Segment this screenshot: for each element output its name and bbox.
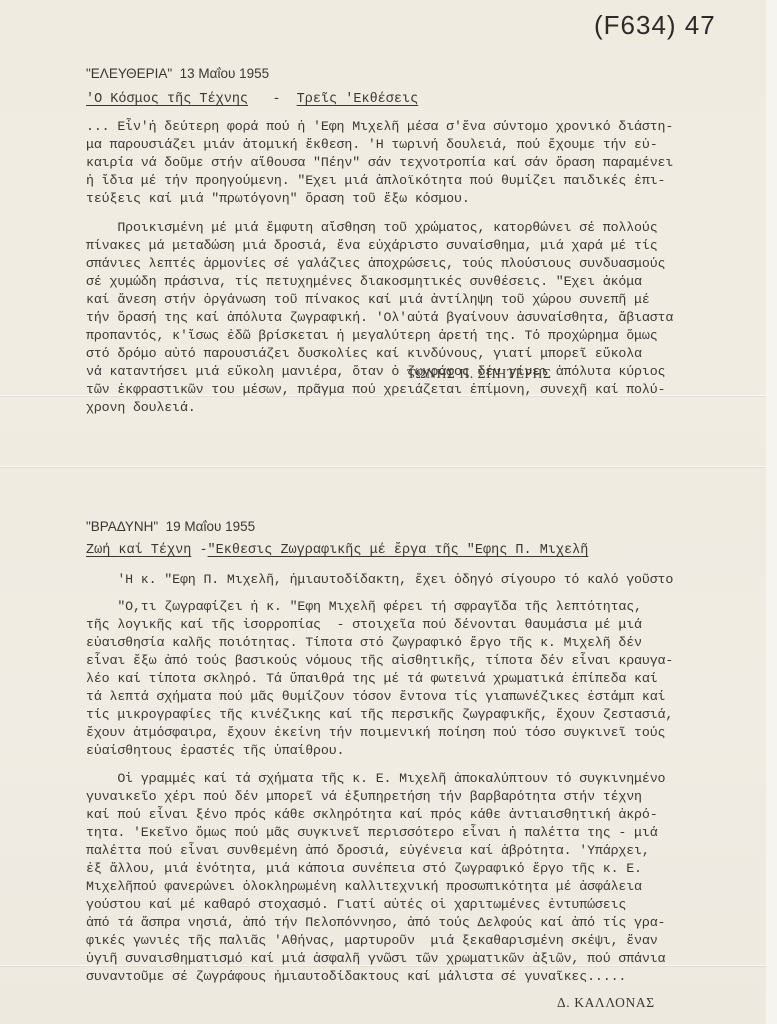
newspaper-name: "ΕΛΕΥΘΕΡΙΑ" <box>86 66 172 81</box>
body-line: νά καταντήσει μιά εὔκολη μανιέρα, ὅταν ὁ… <box>86 364 665 379</box>
scanned-document: (F634) 47 "ΕΛΕΥΘΕΡΙΑ" 13 Μαΐου 1955 'Ο Κ… <box>0 0 777 1024</box>
body-line: σπάνιες λεπτές ἁρμονίες σέ γαλάζιες ἀποχ… <box>86 256 665 271</box>
underlying-sheet-edge <box>766 0 777 1024</box>
body-line: γούστου καί μέ καθαρό στοχασμό. Γιατί αὐ… <box>86 897 626 912</box>
article-dateline: "ΕΛΕΥΘΕΡΙΑ" 13 Μαΐου 1955 <box>86 66 269 81</box>
body-line: ἀπό τά ἄσπρα νησιά, ἀπό τήν Πελοπόννησο,… <box>86 915 665 930</box>
body-line: εὐαίσθητους ἐραστές τῆς ὑπαίθρου. <box>86 743 344 758</box>
body-line: τητα. 'Εκεῖνο ὅμως πού μᾶς συγκινεῖ περι… <box>86 825 658 840</box>
article-signature: ΤΩΝΗΣ Π. ΣΠΗΤΕΡΗΣ <box>407 366 551 382</box>
body-line: φικές γωνιές τῆς παλιᾶς 'Αθήνας, μαρτυρο… <box>86 933 658 948</box>
body-line: συναντοῦμε σέ ζωγράφους ἡμιαυτοδίδακτους… <box>86 969 626 984</box>
body-line: ... Εἶν'ἡ δεύτερη φορά πού ἡ 'Εφη Μιχελῆ… <box>86 119 673 134</box>
body-line: εὐαισθησία καλῆς ποιότητας. Τίποτα στό ζ… <box>86 635 642 650</box>
body-line: καί ἄνεση στήν ὀργάνωση τοῦ πίνακος καί … <box>86 292 650 307</box>
body-line: ὑγιῆ συναισθηματισμό καί μιά ἀσφαλῆ γνῶσ… <box>86 951 665 966</box>
archive-reference-mark: (F634) 47 <box>594 10 716 41</box>
column-title: 'Ο Κόσμος τῆς Τέχνης <box>86 92 248 107</box>
body-line: εἶναι ἔξω ἀπό τούς βασικούς νόμους τῆς α… <box>86 653 673 668</box>
article-heading: Ζωή καί Τέχνη -"Εκθεσις Ζωγραφικῆς μέ ἔρ… <box>86 543 588 558</box>
article-date: 13 Μαΐου 1955 <box>180 66 270 81</box>
body-line: μα παρουσιάζει μιάν ἀτομική ἔκθεση. 'Η τ… <box>86 137 658 152</box>
body-line: τῶν ἐκφραστικῶν του μέσων, πρᾶγμα πού χρ… <box>86 382 665 397</box>
article-dateline: "ΒΡΑΔΥΝΗ" 19 Μαΐου 1955 <box>86 519 255 534</box>
body-line: προπαντός, κ'ἴσως ἐδῶ βρίσκεται ἡ μεγαλύ… <box>86 328 658 343</box>
body-line: Μιχελῆπού φανερώνει ὁλοκληρωμένη καλλιτε… <box>86 879 642 894</box>
body-line: ἡ ἴδια μέ τήν προηγούμενη. "Εχει μιά ἁπλ… <box>86 173 665 188</box>
article-heading: 'Ο Κόσμος τῆς Τέχνης - Τρεῖς 'Εκθέσεις <box>86 92 418 107</box>
body-line: πίνακες μά μεταδώση μιά δροσιά, ἕνα εὐχά… <box>86 238 658 253</box>
body-line: Οἱ γραμμές καί τά σχήματα τῆς κ. Ε. Μιχε… <box>86 771 665 786</box>
body-line: σέ χυμώδη πράσινα, τίς πετυχημένες διακο… <box>86 274 642 289</box>
article-signature: Δ. ΚΑΛΛΟΝΑΣ <box>557 995 655 1011</box>
article-headline: Τρεῖς 'Εκθέσεις <box>297 92 419 107</box>
heading-separator: - <box>272 92 280 107</box>
body-line: στό δρόμο αὐτό παρουσιάζει δυσκολίες καί… <box>86 346 642 361</box>
body-line: ἐξ ἄλλου, μιά ἑνότητα, μιά κάποια συνέπε… <box>86 861 642 876</box>
body-line: χρονη δουλειά. <box>86 400 196 415</box>
body-line: τήν ὅρασή της καί ἀπόλυτα ζωγραφική. 'Ολ… <box>86 310 673 325</box>
body-line: λέο καί τίποτα σκληρό. Τά ὕπαιθρά της μέ… <box>86 671 658 686</box>
body-line: 'Η κ. "Εφη Π. Μιχελῆ, ἡμιαυτοδίδακτη, ἔχ… <box>86 572 673 587</box>
body-line: τίς μικρογραφίες τῆς κινέζικης καί τῆς π… <box>86 707 673 722</box>
body-line: τῆς λογικῆς καί τῆς ἰσορροπίας - στοιχεῖ… <box>86 617 642 632</box>
body-line: τεύξεις καί μιά "πρωτόγονη" ὅραση τοῦ ἔξ… <box>86 191 470 206</box>
body-line: παλέττα πού εἶναι συνθεμένη ἀπό δροσιά, … <box>86 843 650 858</box>
body-line: καί πού εἶναι ξένο πρός κάθε σκληρότητα … <box>86 807 658 822</box>
fold-line <box>0 466 766 467</box>
body-line: τά λεπτά σχήματα πού μᾶς θυμίζουν τόσον … <box>86 689 665 704</box>
article-headline: "Εκθεσις Ζωγραφικῆς μέ ἔργα τῆς "Εφης Π.… <box>208 543 589 558</box>
newspaper-name: "ΒΡΑΔΥΝΗ" <box>86 519 158 534</box>
paper-sheet: (F634) 47 "ΕΛΕΥΘΕΡΙΑ" 13 Μαΐου 1955 'Ο Κ… <box>0 0 767 1024</box>
body-line: γυναικεῖο χέρι πού δέν μπορεῖ νά ἐξυπηρε… <box>86 789 642 804</box>
body-line: ἔχουν ἀτμόσφαιρα, ἔχουν ἐκείνη τήν ποιμε… <box>86 725 665 740</box>
body-line: καιρία νά δοῦμε στήν αἴθουσα "Πέην" σάν … <box>86 155 673 170</box>
body-line: "Ο,τι ζωγραφίζει ἡ κ. "Εφη Μιχελῆ φέρει … <box>86 599 642 614</box>
body-line: Προικισμένη μέ μιά ἔμφυτη αἴσθηση τοῦ χρ… <box>86 220 658 235</box>
article-date: 19 Μαΐου 1955 <box>166 519 256 534</box>
heading-separator: - <box>199 543 207 558</box>
column-title: Ζωή καί Τέχνη <box>86 543 191 558</box>
